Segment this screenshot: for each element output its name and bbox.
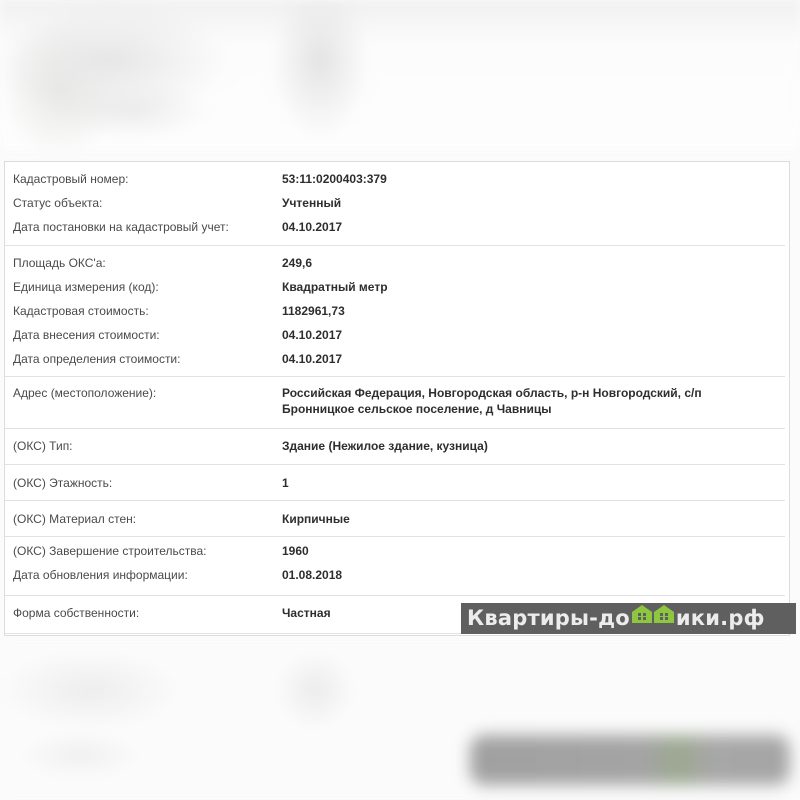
info-row-cost-entry-date: Дата внесения стоимости: 04.10.2017: [5, 325, 785, 345]
label: Статус объекта:: [13, 193, 102, 213]
group-construction: (ОКС) Завершение строительства: 1960 Дат…: [5, 537, 785, 596]
value: Частная: [282, 603, 331, 623]
group-registration: Кадастровый номер: 53:11:0200403:379 Ста…: [5, 162, 785, 246]
value: 04.10.2017: [282, 325, 342, 345]
page: Кадастровый номер: 53:11:0200403:379 Ста…: [0, 0, 800, 800]
info-row-wall-material: (ОКС) Материал стен: Кирпичные: [5, 509, 785, 529]
group-wall-material: (ОКС) Материал стен: Кирпичные: [5, 501, 785, 537]
info-row-registration-date: Дата постановки на кадастровый учет: 04.…: [5, 217, 785, 237]
info-row-area: Площадь ОКС'а: 249,6: [5, 253, 785, 273]
value: Здание (Нежилое здание, кузница): [282, 436, 488, 456]
value: 1960: [282, 541, 309, 561]
label: (ОКС) Завершение строительства:: [13, 541, 207, 561]
value: 53:11:0200403:379: [282, 169, 387, 189]
value: Кирпичные: [282, 509, 350, 529]
label: Дата постановки на кадастровый учет:: [13, 217, 229, 237]
label: Кадастровый номер:: [13, 169, 128, 189]
group-type: (ОКС) Тип: Здание (Нежилое здание, кузни…: [5, 429, 785, 465]
watermark-text-start: Квартиры-до: [467, 606, 630, 630]
value: 1182961,73: [282, 301, 345, 321]
label: Кадастровая стоимость:: [13, 301, 149, 321]
site-watermark: Квартиры-до ики.рф: [461, 603, 796, 634]
value: Квадратный метр: [282, 277, 388, 297]
value: 1: [282, 473, 289, 493]
info-row-type: (ОКС) Тип: Здание (Нежилое здание, кузни…: [5, 436, 785, 456]
info-row-unit: Единица измерения (код): Квадратный метр: [5, 277, 785, 297]
value: 04.10.2017: [282, 217, 342, 237]
info-row-address: Адрес (местоположение): Российская Федер…: [5, 385, 785, 421]
label: (ОКС) Этажность:: [13, 473, 112, 493]
value: 04.10.2017: [282, 349, 342, 369]
cadastral-info-panel: Кадастровый номер: 53:11:0200403:379 Ста…: [4, 161, 790, 636]
label: Единица измерения (код):: [13, 277, 159, 297]
label: Дата внесения стоимости:: [13, 325, 160, 345]
info-row-floors: (ОКС) Этажность: 1: [5, 473, 785, 493]
info-row-info-update-date: Дата обновления информации: 01.08.2018: [5, 565, 785, 585]
blurred-header-area: [0, 0, 800, 150]
label: Площадь ОКС'а:: [13, 253, 106, 273]
label: Дата определения стоимости:: [13, 349, 180, 369]
info-row-status: Статус объекта: Учтенный: [5, 193, 785, 213]
group-floors: (ОКС) Этажность: 1: [5, 465, 785, 501]
blurred-watermark-badge: [470, 735, 790, 785]
info-row-cadastral-number: Кадастровый номер: 53:11:0200403:379: [5, 169, 785, 189]
info-row-cost-determination-date: Дата определения стоимости: 04.10.2017: [5, 349, 785, 369]
label: (ОКС) Тип:: [13, 436, 73, 456]
value: Учтенный: [282, 193, 341, 213]
group-address: Адрес (местоположение): Российская Федер…: [5, 377, 785, 429]
houses-icon: [631, 603, 675, 633]
label: Дата обновления информации:: [13, 565, 188, 585]
value: 249,6: [282, 253, 312, 273]
group-area-cost: Площадь ОКС'а: 249,6 Единица измерения (…: [5, 246, 785, 377]
label: (ОКС) Материал стен:: [13, 509, 136, 529]
info-row-cadastral-cost: Кадастровая стоимость: 1182961,73: [5, 301, 785, 321]
value: 01.08.2018: [282, 565, 342, 585]
value: Российская Федерация, Новгородская облас…: [282, 385, 752, 417]
label: Адрес (местоположение):: [13, 385, 156, 401]
label: Форма собственности:: [13, 603, 139, 623]
info-row-construction-completion: (ОКС) Завершение строительства: 1960: [5, 541, 785, 561]
watermark-text-end: ики.рф: [676, 606, 765, 630]
